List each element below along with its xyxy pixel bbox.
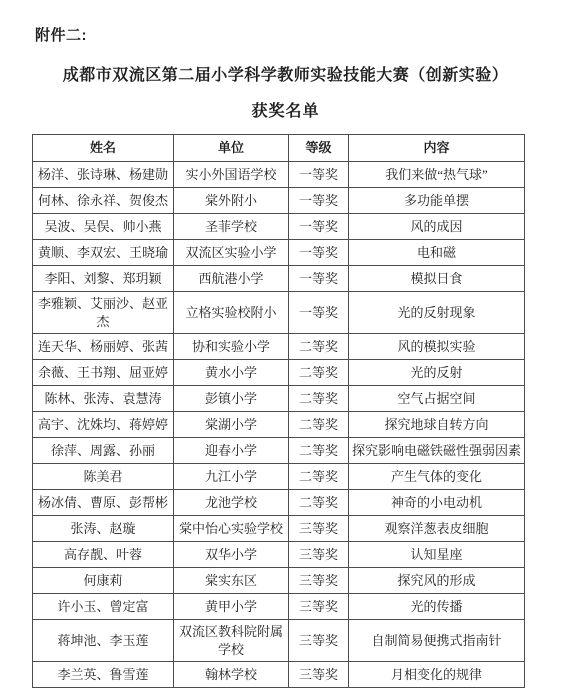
table-row: 张涛、赵璇棠中怡心实验学校三等奖观察洋葱表皮细胞 (33, 516, 525, 542)
cell-content: 光的反射 (349, 360, 525, 386)
cell-unit: 棠湖小学 (174, 412, 289, 438)
cell-grade: 三等奖 (289, 516, 349, 542)
table-header-row: 姓名 单位 等级 内容 (33, 135, 525, 162)
cell-unit: 黄甲小学 (174, 594, 289, 620)
cell-content: 风的成因 (349, 214, 525, 240)
cell-content: 光的反射现象 (349, 292, 525, 334)
table-row: 陈林、张涛、袁慧涛彭镇小学二等奖空气占据空间 (33, 386, 525, 412)
cell-content: 探究风的形成 (349, 568, 525, 594)
cell-unit: 协和实验小学 (174, 334, 289, 360)
cell-name: 高存靓、叶蓉 (33, 542, 174, 568)
cell-grade: 三等奖 (289, 620, 349, 662)
cell-content: 我们来做“热气球” (349, 162, 525, 188)
cell-grade: 一等奖 (289, 266, 349, 292)
table-row: 杨洋、张诗琳、杨建勋实小外国语学校一等奖我们来做“热气球” (33, 162, 525, 188)
column-header-content: 内容 (349, 135, 525, 162)
cell-unit: 翰林学校 (174, 662, 289, 688)
cell-unit: 实小外国语学校 (174, 162, 289, 188)
cell-name: 李兰英、鲁雪莲 (33, 662, 174, 688)
attachment-label: 附件二: (35, 24, 540, 45)
table-row: 黄顺、李双宏、王晓瑜双流区实验小学一等奖电和磁 (33, 240, 525, 266)
table-row: 陈美君九江小学二等奖产生气体的变化 (33, 464, 525, 490)
cell-name: 连天华、杨丽婷、张茜 (33, 334, 174, 360)
cell-name: 许小玉、曾定富 (33, 594, 174, 620)
cell-unit: 双流区实验小学 (174, 240, 289, 266)
cell-content: 风的模拟实验 (349, 334, 525, 360)
cell-grade: 二等奖 (289, 412, 349, 438)
cell-name: 蒋坤池、李玉莲 (33, 620, 174, 662)
table-row: 何林、徐永祥、贺俊杰棠外附小一等奖多功能单摆 (33, 188, 525, 214)
cell-grade: 二等奖 (289, 464, 349, 490)
cell-grade: 一等奖 (289, 292, 349, 334)
cell-grade: 二等奖 (289, 490, 349, 516)
table-row: 李雅颖、艾丽沙、赵亚杰立格实验校附小一等奖光的反射现象 (33, 292, 525, 334)
cell-grade: 三等奖 (289, 662, 349, 688)
award-table: 姓名 单位 等级 内容 杨洋、张诗琳、杨建勋实小外国语学校一等奖我们来做“热气球… (32, 134, 525, 688)
cell-unit: 双流区教科院附属学校 (174, 620, 289, 662)
table-row: 高宇、沈姝均、蒋婷婷棠湖小学二等奖探究地球自转方向 (33, 412, 525, 438)
column-header-grade: 等级 (289, 135, 349, 162)
cell-content: 观察洋葱表皮细胞 (349, 516, 525, 542)
cell-grade: 二等奖 (289, 386, 349, 412)
document-page: 附件二: 成都市双流区第二届小学科学教师实验技能大赛（创新实验） 获奖名单 姓名… (0, 0, 568, 691)
cell-content: 自制简易便携式指南针 (349, 620, 525, 662)
cell-grade: 三等奖 (289, 568, 349, 594)
cell-unit: 西航港小学 (174, 266, 289, 292)
cell-content: 多功能单摆 (349, 188, 525, 214)
cell-unit: 圣菲学校 (174, 214, 289, 240)
cell-name: 高宇、沈姝均、蒋婷婷 (33, 412, 174, 438)
table-row: 徐萍、周露、孙丽迎春小学二等奖探究影响电磁铁磁性强弱因素 (33, 438, 525, 464)
cell-grade: 三等奖 (289, 594, 349, 620)
cell-name: 徐萍、周露、孙丽 (33, 438, 174, 464)
cell-unit: 棠中怡心实验学校 (174, 516, 289, 542)
table-row: 李阳、刘黎、郑玥颖西航港小学一等奖模拟日食 (33, 266, 525, 292)
cell-name: 杨洋、张诗琳、杨建勋 (33, 162, 174, 188)
cell-content: 电和磁 (349, 240, 525, 266)
cell-content: 探究地球自转方向 (349, 412, 525, 438)
table-row: 余薇、王书翔、屈亚婷黄水小学二等奖光的反射 (33, 360, 525, 386)
cell-unit: 棠实东区 (174, 568, 289, 594)
cell-unit: 迎春小学 (174, 438, 289, 464)
page-subtitle: 获奖名单 (31, 98, 540, 121)
column-header-unit: 单位 (174, 135, 289, 162)
cell-content: 认知星座 (349, 542, 525, 568)
cell-name: 何林、徐永祥、贺俊杰 (33, 188, 174, 214)
cell-name: 李雅颖、艾丽沙、赵亚杰 (33, 292, 174, 334)
cell-name: 余薇、王书翔、屈亚婷 (33, 360, 174, 386)
cell-name: 陈美君 (33, 464, 174, 490)
cell-grade: 三等奖 (289, 542, 349, 568)
cell-grade: 一等奖 (289, 240, 349, 266)
cell-name: 李阳、刘黎、郑玥颖 (33, 266, 174, 292)
cell-content: 产生气体的变化 (349, 464, 525, 490)
cell-content: 探究影响电磁铁磁性强弱因素 (349, 438, 525, 464)
cell-content: 模拟日食 (349, 266, 525, 292)
table-row: 连天华、杨丽婷、张茜协和实验小学二等奖风的模拟实验 (33, 334, 525, 360)
cell-content: 神奇的小电动机 (349, 490, 525, 516)
cell-name: 吴波、吴俣、帅小燕 (33, 214, 174, 240)
cell-unit: 双华小学 (174, 542, 289, 568)
page-title: 成都市双流区第二届小学科学教师实验技能大赛（创新实验） (31, 62, 540, 85)
table-row: 何康莉棠实东区三等奖探究风的形成 (33, 568, 525, 594)
cell-unit: 黄水小学 (174, 360, 289, 386)
table-row: 蒋坤池、李玉莲双流区教科院附属学校三等奖自制简易便携式指南针 (33, 620, 525, 662)
cell-content: 光的传播 (349, 594, 525, 620)
cell-name: 张涛、赵璇 (33, 516, 174, 542)
cell-grade: 二等奖 (289, 438, 349, 464)
cell-unit: 九江小学 (174, 464, 289, 490)
table-row: 吴波、吴俣、帅小燕圣菲学校一等奖风的成因 (33, 214, 525, 240)
cell-unit: 立格实验校附小 (174, 292, 289, 334)
cell-unit: 彭镇小学 (174, 386, 289, 412)
column-header-name: 姓名 (33, 135, 174, 162)
cell-unit: 龙池学校 (174, 490, 289, 516)
cell-grade: 一等奖 (289, 214, 349, 240)
cell-unit: 棠外附小 (174, 188, 289, 214)
cell-grade: 一等奖 (289, 188, 349, 214)
cell-name: 陈林、张涛、袁慧涛 (33, 386, 174, 412)
cell-grade: 一等奖 (289, 162, 349, 188)
cell-name: 杨冰倩、曹原、彭帮彬 (33, 490, 174, 516)
table-row: 李兰英、鲁雪莲翰林学校三等奖月相变化的规律 (33, 662, 525, 688)
cell-content: 月相变化的规律 (349, 662, 525, 688)
cell-name: 黄顺、李双宏、王晓瑜 (33, 240, 174, 266)
table-row: 许小玉、曾定富黄甲小学三等奖光的传播 (33, 594, 525, 620)
cell-name: 何康莉 (33, 568, 174, 594)
award-table-body: 杨洋、张诗琳、杨建勋实小外国语学校一等奖我们来做“热气球”何林、徐永祥、贺俊杰棠… (33, 162, 525, 688)
table-row: 高存靓、叶蓉双华小学三等奖认知星座 (33, 542, 525, 568)
cell-content: 空气占据空间 (349, 386, 525, 412)
table-row: 杨冰倩、曹原、彭帮彬龙池学校二等奖神奇的小电动机 (33, 490, 525, 516)
cell-grade: 二等奖 (289, 334, 349, 360)
cell-grade: 二等奖 (289, 360, 349, 386)
